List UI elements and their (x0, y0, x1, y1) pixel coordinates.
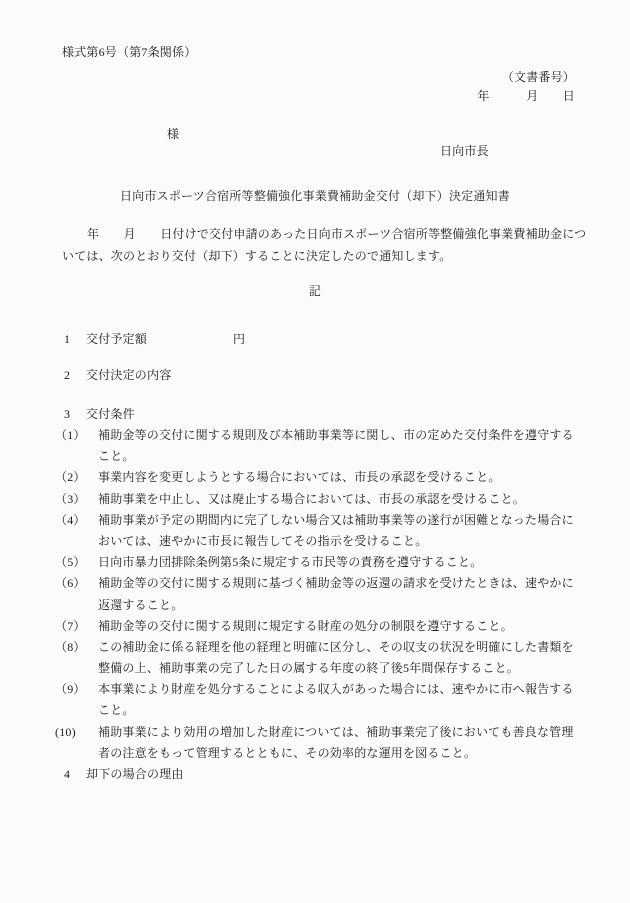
condition-number: （7） (55, 616, 86, 637)
condition-line: 補助事業により効用の増加した財産については、補助事業完了後においても善良な管理 (98, 722, 575, 743)
condition-line: こと。 (98, 446, 575, 467)
condition-line: 整備の上、補助事業の完了した日の属する年度の終了後5年間保存すること。 (98, 658, 575, 679)
record-marker: 記 (0, 281, 630, 301)
doc-number-placeholder: （文書番号） (502, 67, 575, 87)
condition-line: 本事業により財産を処分することによる収入があった場合には、速やかに市へ報告する (98, 679, 575, 700)
section-grant-conditions: 3交付条件 (64, 404, 135, 424)
section-label: 却下の場合の理由 (86, 767, 184, 781)
body-paragraph: 年 月 日付けで交付申請のあった日向市スポーツ合宿所等整備強化事業費補助金につい… (62, 223, 577, 267)
condition-item: （1）補助金等の交付に関する規則及び本補助事業等に関し、市の定めた交付条件を遵守… (55, 425, 575, 467)
sender-name: 日向市長 (440, 141, 489, 161)
section-number: 4 (64, 764, 86, 784)
condition-item: (10)補助事業により効用の増加した財産については、補助事業完了後においても善良… (55, 722, 575, 764)
condition-line: こと。 (98, 700, 575, 721)
condition-line: 補助金等の交付に関する規則に規定する財産の処分の制限を遵守すること。 (98, 616, 575, 637)
section-label: 交付条件 (86, 407, 135, 421)
condition-item: （6）補助金等の交付に関する規則に基づく補助金等の返還の請求を受けたときは、速や… (55, 573, 575, 615)
condition-line: 補助事業が予定の期間内に完了しない場合又は補助事業等の遂行が困難となった場合に (98, 510, 575, 531)
condition-line: 事業内容を変更しようとする場合においては、市長の承認を受けること。 (98, 467, 575, 488)
condition-item: （3）補助事業を中止し、又は廃止する場合においては、市長の承認を受けること。 (55, 489, 575, 510)
section-rejection-reason: 4却下の場合の理由 (64, 764, 184, 784)
condition-line: 補助金等の交付に関する規則に基づく補助金等の返還の請求を受けたときは、速やかに (98, 573, 575, 594)
currency-unit: 円 (233, 329, 245, 349)
section-number: 3 (64, 404, 86, 424)
condition-line: この補助金に係る経理を他の経理と明確に区分し、その収支の状況を明確にした書類を (98, 637, 575, 658)
form-number: 様式第6号（第7条関係） (62, 42, 196, 62)
section-decision-details: 2交付決定の内容 (64, 365, 171, 385)
condition-line: 返還すること。 (98, 595, 575, 616)
condition-item: （7）補助金等の交付に関する規則に規定する財産の処分の制限を遵守すること。 (55, 616, 575, 637)
condition-line: 補助事業を中止し、又は廃止する場合においては、市長の承認を受けること。 (98, 489, 575, 510)
section-label: 交付決定の内容 (86, 368, 171, 382)
date-line: 年 月 日 (477, 86, 575, 106)
addressee-suffix: 様 (167, 124, 179, 144)
section-grant-amount: 1交付予定額 円 (64, 329, 147, 349)
condition-line: おいては、速やかに市長に報告してその指示を受けること。 (98, 531, 575, 552)
condition-line: 日向市暴力団排除条例第5条に規定する市民等の責務を遵守すること。 (98, 552, 575, 573)
condition-number: （3） (55, 489, 86, 510)
section-number: 1 (64, 329, 86, 349)
document-page: 様式第6号（第7条関係） （文書番号） 年 月 日 様 日向市長 日向市スポーツ… (0, 0, 630, 903)
condition-item: （2）事業内容を変更しようとする場合においては、市長の承認を受けること。 (55, 467, 575, 488)
condition-number: （6） (55, 573, 86, 594)
condition-line: 者の注意をもって管理するとともに、その効率的な運用を図ること。 (98, 743, 575, 764)
condition-number: （9） (55, 679, 86, 700)
condition-number: （4） (55, 510, 86, 531)
condition-number: （1） (55, 425, 86, 446)
condition-number: (10) (55, 722, 76, 743)
body-line: いては、次のとおり交付（却下）することに決定したので通知します。 (62, 245, 577, 267)
body-line: 年 月 日付けで交付申請のあった日向市スポーツ合宿所等整備強化事業費補助金につ (62, 223, 577, 245)
condition-item: （8）この補助金に係る経理を他の経理と明確に区分し、その収支の状況を明確にした書… (55, 637, 575, 679)
condition-number: （5） (55, 552, 86, 573)
condition-item: （5）日向市暴力団排除条例第5条に規定する市民等の責務を遵守すること。 (55, 552, 575, 573)
condition-line: 補助金等の交付に関する規則及び本補助事業等に関し、市の定めた交付条件を遵守する (98, 425, 575, 446)
section-label: 交付予定額 (86, 332, 147, 346)
condition-item: （9）本事業により財産を処分することによる収入があった場合には、速やかに市へ報告… (55, 679, 575, 721)
condition-number: （8） (55, 637, 86, 658)
section-number: 2 (64, 365, 86, 385)
conditions-list: （1）補助金等の交付に関する規則及び本補助事業等に関し、市の定めた交付条件を遵守… (55, 425, 575, 764)
condition-number: （2） (55, 467, 86, 488)
document-title: 日向市スポーツ合宿所等整備強化事業費補助金交付（却下）決定通知書 (0, 186, 630, 206)
condition-item: （4）補助事業が予定の期間内に完了しない場合又は補助事業等の遂行が困難となった場… (55, 510, 575, 552)
